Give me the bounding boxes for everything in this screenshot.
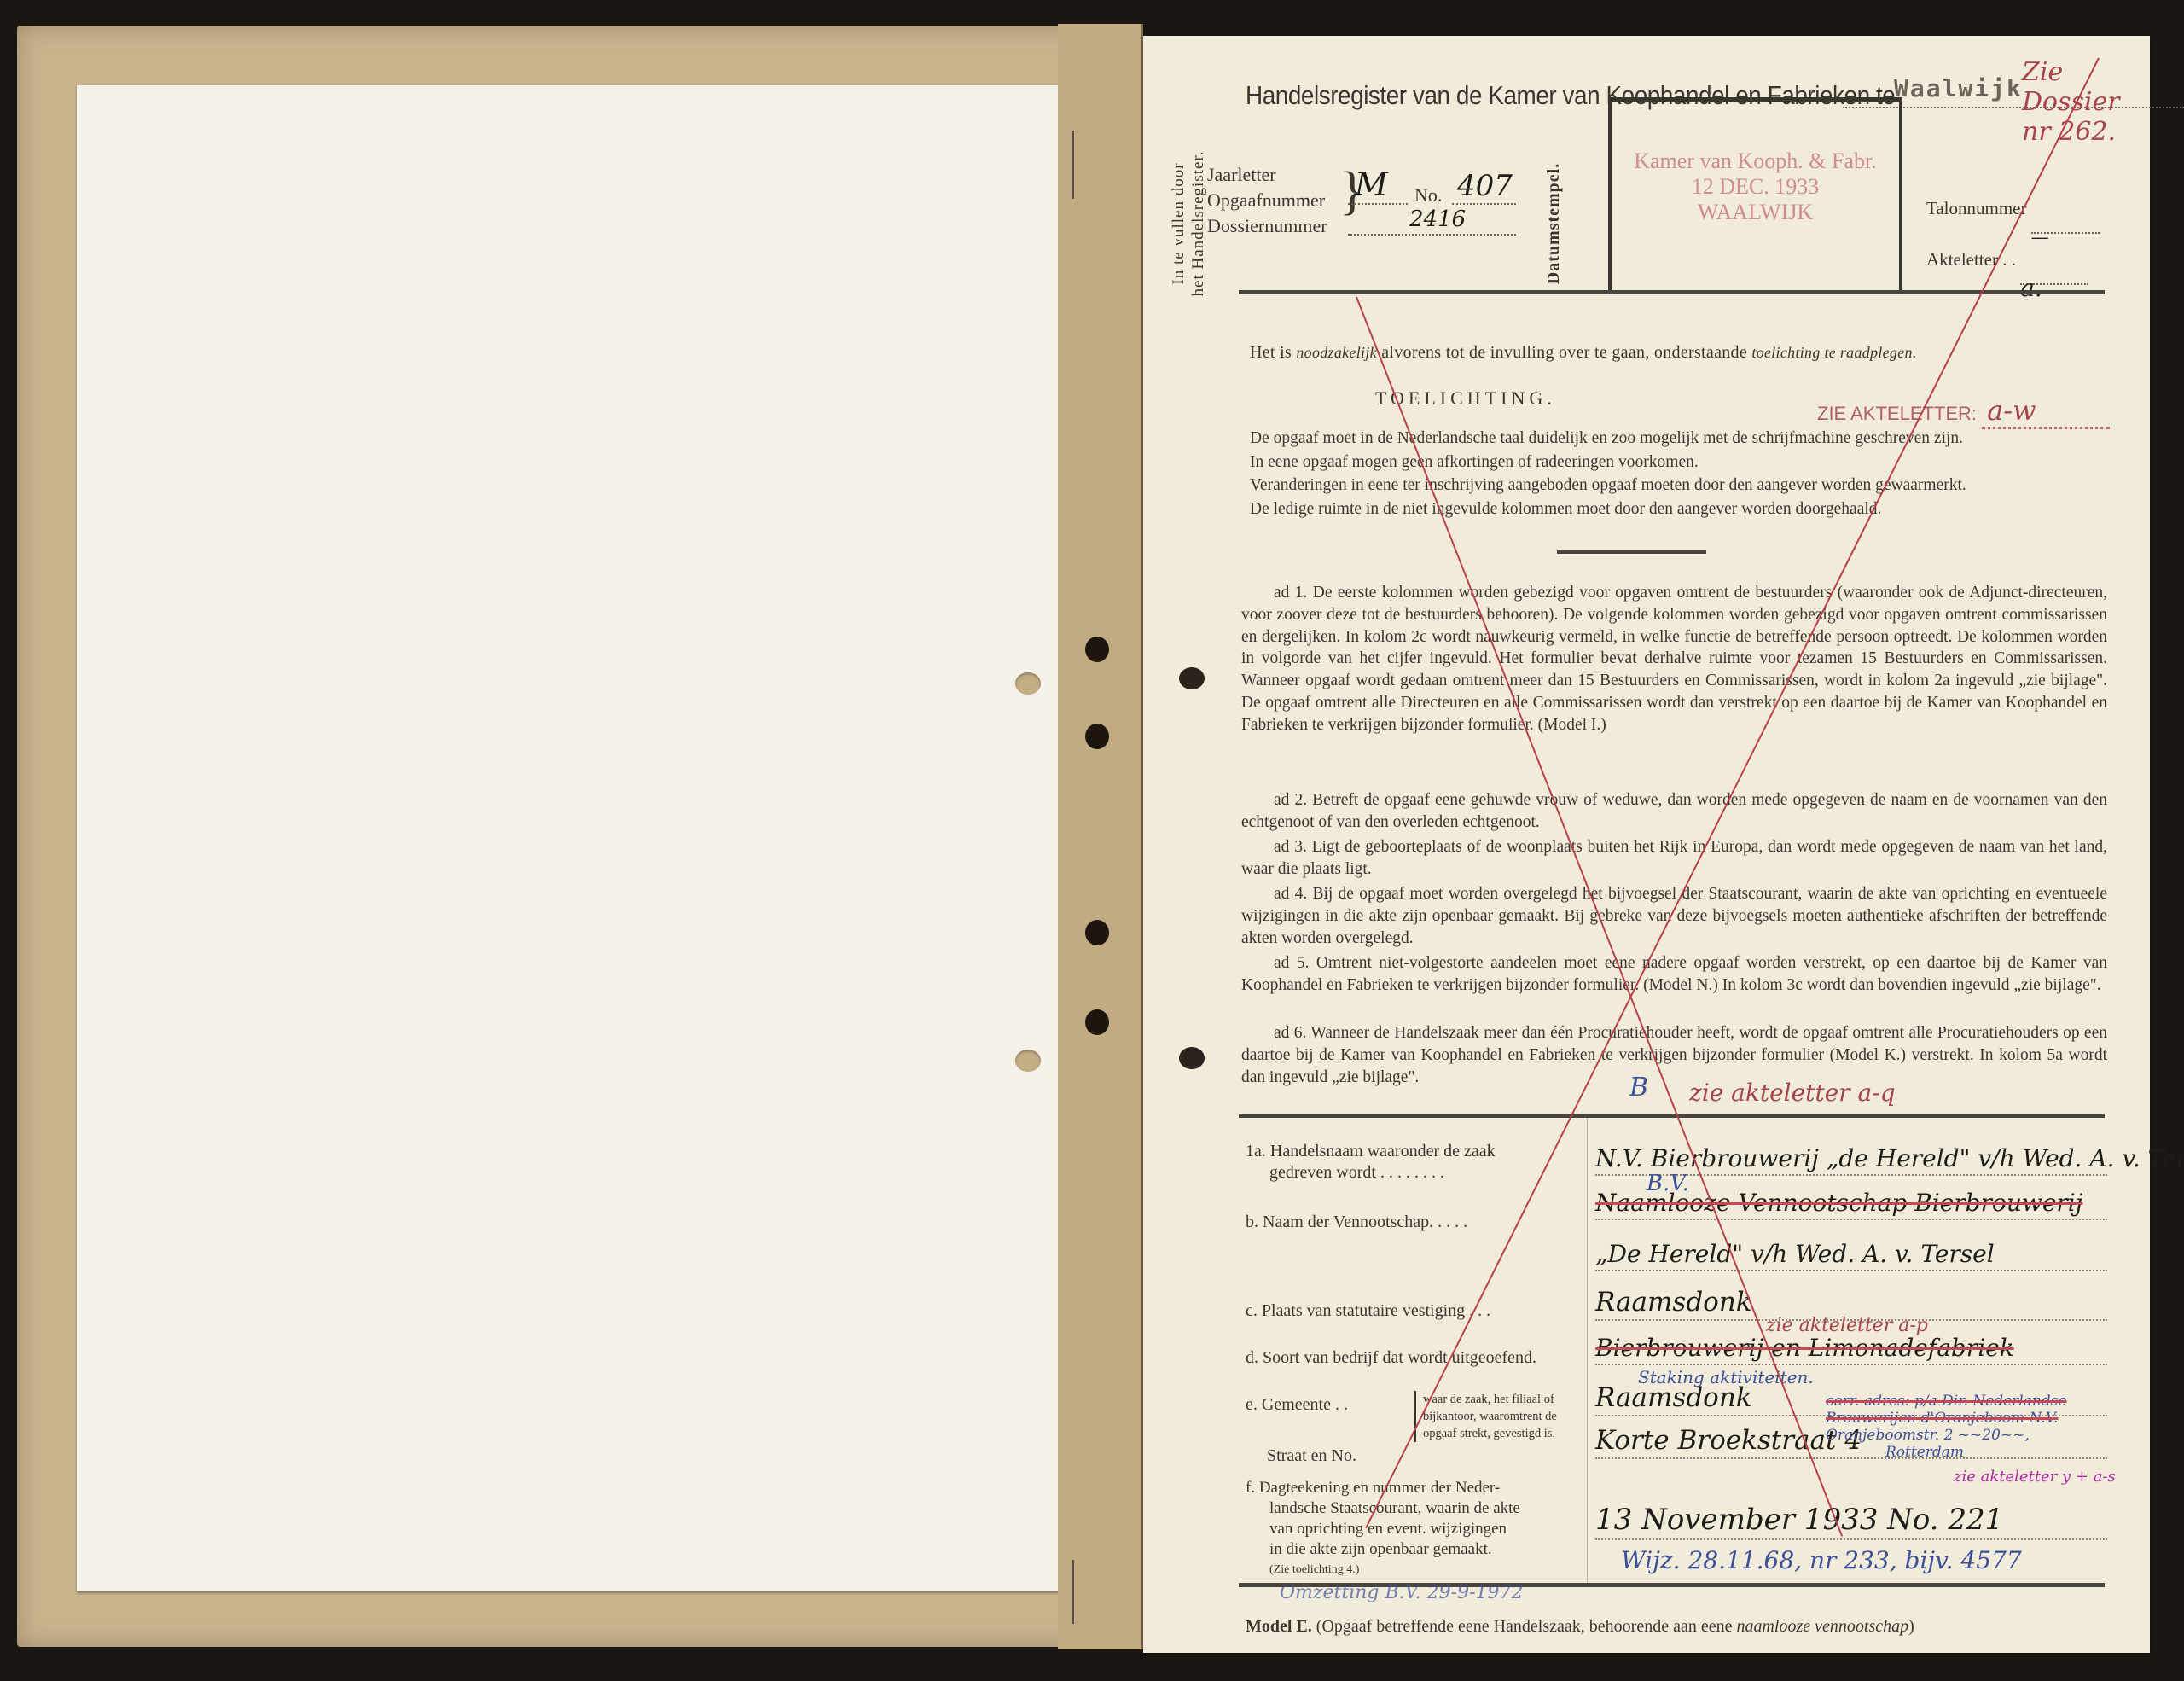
datumstempel-label: Datumstempel. (1544, 130, 1570, 317)
stamp-line1: Kamer van Kooph. & Fabr. (1612, 148, 1899, 174)
row-f-label-line2: landsche Staatscourant, waarin de akte (1246, 1498, 1583, 1519)
row-c-field[interactable]: Raamsdonkzie akteletter a-p (1595, 1280, 2107, 1321)
staple (1072, 131, 1074, 199)
dossiernummer-value: 2416 (1409, 206, 1466, 232)
row-b-value-line1: Naamlooze Vennootschap Bierbrouwerij (1595, 1189, 2082, 1217)
model-description: (Opgaaf betreffende eene Handelszaak, be… (1316, 1617, 1733, 1636)
zie-akteletter-stamp: ZIE AKTELETTER: a-w (1817, 394, 2110, 429)
row-f-field[interactable]: 13 November 1933 No. 221 (1595, 1499, 2107, 1540)
staple (1072, 1560, 1074, 1624)
binder-hole (1085, 1009, 1109, 1035)
row-e-blue-note-line4: Rotterdam (1826, 1444, 2066, 1461)
row-e-blue-note-line1: corr. adres: p/a Dir. Nederlandse (1826, 1393, 2066, 1410)
register-field-labels: Jaarletter Opgaafnummer Dossiernummer (1207, 162, 1327, 239)
dossiernummer-label: Dossiernummer (1207, 213, 1327, 239)
opgaafnummer-label: Opgaafnummer (1207, 188, 1327, 213)
model-description-suffix: ) (1908, 1617, 1914, 1636)
binding-strip (1058, 24, 1143, 1649)
akteletter-value: a. (2020, 274, 2042, 302)
row-f-label: f. Dagteekening en nummer der Neder- lan… (1246, 1478, 1583, 1580)
ad-5-paragraph: ad 5. Omtrent niet-volgestorte aandeelen… (1241, 952, 2107, 997)
vertical-label-line1: In te vullen door (1169, 134, 1188, 313)
row-e-brace-note: waar de zaak, het filiaal of bijkantoor,… (1414, 1391, 1585, 1442)
conversion-note: Omzetting B.V. 29-9-1972 (1280, 1582, 1524, 1603)
row-b-field-line1[interactable]: Naamlooze Vennootschap Bierbrouwerij (1595, 1179, 2107, 1220)
intro-emph1: noodzakelijk (1296, 344, 1377, 361)
row-d-label: d. Soort van bedrijf dat wordt uitgeoefe… (1246, 1347, 1583, 1369)
ad-2-paragraph: ad 2. Betreft de opgaaf eene gehuwde vro… (1241, 789, 2107, 834)
ad-3-paragraph: ad 3. Ligt de geboorteplaats of de woonp… (1241, 836, 2107, 881)
jaarletter-label: Jaarletter (1207, 162, 1327, 188)
toelichting-title: TOELICHTING. (1375, 387, 1556, 410)
jaarletter-value: M (1355, 166, 1388, 203)
row-1a-label-line1: 1a. Handelsnaam waaronder de zaak (1246, 1141, 1583, 1162)
row-c-label: c. Plaats van statutaire vestiging . . . (1246, 1300, 1583, 1322)
date-stamp-box: Kamer van Kooph. & Fabr. 12 DEC. 1933 WA… (1608, 97, 1902, 294)
toelichting-line: In eene opgaaf mogen geen afkortingen of… (1250, 451, 2154, 474)
section-divider (1557, 550, 1706, 554)
akteletter-field[interactable]: a. (2020, 263, 2088, 285)
row-f-label-line5: (Zie toelichting 4.) (1246, 1560, 1583, 1580)
header-rule (1239, 290, 2105, 294)
vertical-label-line2: het Handelsregister. (1188, 134, 1208, 313)
row-1a-blue-note: B (1629, 1073, 1648, 1102)
stamp-place: WAALWIJK (1612, 200, 1899, 225)
binder-hole (1085, 724, 1109, 749)
model-description-emph: naamlooze vennootschap (1736, 1617, 1908, 1636)
intro-middle: alvorens tot de invulling over te gaan, … (1381, 343, 1747, 362)
toelichting-line: De opgaaf moet in de Nederlandsche taal … (1250, 427, 2154, 451)
row-e-blue-note-line3: Oranjeboomstr. 2 ~~20~~, (1826, 1427, 2066, 1444)
row-f-label-line4: in die akte zijn openbaar gemaakt. (1246, 1539, 1583, 1560)
row-b-label: b. Naam der Vennootschap. . . . . (1246, 1212, 1583, 1233)
ad-4-paragraph: ad 4. Bij de opgaaf moet worden overgele… (1241, 883, 2107, 949)
binder-hole (1085, 637, 1109, 662)
punch-hole (1179, 667, 1205, 689)
zie-akteletter-label: ZIE AKTELETTER: (1817, 403, 1977, 424)
row-c-value: Raamsdonk (1595, 1287, 1752, 1317)
zie-akteletter-field: a-w (1982, 394, 2110, 429)
row-f-label-line1: f. Dagteekening en nummer der Neder- (1246, 1478, 1583, 1498)
talonnummer-label: Talonnummer (1926, 198, 2027, 218)
punch-hole (1179, 1047, 1205, 1069)
row-e-gemeente-value: Raamsdonk (1595, 1382, 1752, 1413)
row-f-value: 13 November 1933 No. 221 (1595, 1503, 2003, 1537)
ad-1-paragraph: ad 1. De eerste kolommen worden gebezigd… (1241, 582, 2107, 736)
row-e-blue-note-line2: Brouwerijen d'Oranjeboom N.V. (1826, 1410, 2066, 1427)
row-b-value-line2: „De Hereld" v/h Wed. A. v. Tersel (1595, 1240, 1995, 1268)
binder-hole (1085, 920, 1109, 945)
row-1a-field[interactable]: N.V. Bierbrouwerij „de Hereld" v/h Wed. … (1595, 1135, 2107, 1176)
column-separator (1587, 1118, 1588, 1583)
punch-hole (1015, 1050, 1041, 1072)
talonnummer-field[interactable]: — (2031, 212, 2100, 234)
punch-hole (1015, 672, 1041, 695)
row-1a-label: 1a. Handelsnaam waaronder de zaak gedrev… (1246, 1141, 1583, 1184)
register-vertical-label: In te vullen door het Handelsregister. (1169, 134, 1210, 313)
model-label: Model E. (1246, 1617, 1312, 1636)
blank-sheet (77, 85, 1075, 1591)
folder-cover-left (17, 26, 1135, 1647)
row-e-blue-note: corr. adres: p/a Dir. Nederlandse Brouwe… (1826, 1393, 2066, 1461)
row-1a-red-note: zie akteletter a-q (1689, 1079, 1896, 1107)
row-e-magenta-note: zie akteletter y + a-s (1954, 1468, 2116, 1486)
toelichting-lines: De opgaaf moet in de Nederlandsche taal … (1250, 427, 2154, 521)
ad-6-paragraph: ad 6. Wanneer de Handelszaak meer dan éé… (1241, 1022, 2107, 1088)
place-value: Waalwijk (1894, 74, 2023, 102)
opgaafnummer-field[interactable]: 407 (1452, 179, 1516, 205)
table-top-rule (1239, 1114, 2105, 1118)
row-d-field[interactable]: Bierbrouwerij en Limonadefabriek (1595, 1324, 2107, 1365)
registration-form-model-e: Zie Dossier nr 262. Handelsregister van … (1143, 36, 2150, 1653)
row-1a-value: N.V. Bierbrouwerij „de Hereld" v/h Wed. … (1595, 1144, 2184, 1172)
dossiernummer-field[interactable]: 2416 (1348, 210, 1516, 236)
row-f-label-line3: van oprichting en event. wijzigingen (1246, 1519, 1583, 1539)
intro-prefix: Het is (1250, 343, 1292, 362)
date-stamp: Kamer van Kooph. & Fabr. 12 DEC. 1933 WA… (1612, 148, 1899, 225)
row-f-blue-note: Wijz. 28.11.68, nr 233, bijv. 4577 (1621, 1546, 2022, 1574)
row-b-field-line2[interactable]: „De Hereld" v/h Wed. A. v. Tersel (1595, 1230, 2107, 1271)
toelichting-line: De ledige ruimte in de niet ingevulde ko… (1250, 497, 2154, 521)
toelichting-line: Veranderingen in eene ter inschrijving a… (1250, 474, 2154, 497)
stamp-date: 12 DEC. 1933 (1612, 174, 1899, 200)
opgaafnummer-value: 407 (1457, 169, 1513, 203)
row-d-value: Bierbrouwerij en Limonadefabriek (1595, 1334, 2014, 1362)
zie-akteletter-value: a-w (1987, 394, 2036, 427)
footer-model: Model E. (Opgaaf betreffende eene Handel… (1246, 1617, 1914, 1637)
intro-text: Het is noodzakelijk alvorens tot de invu… (1250, 343, 1917, 363)
no-label: No. (1414, 184, 1442, 206)
row-1a-label-line2: gedreven wordt . . . . . . . . (1246, 1162, 1583, 1184)
right-fields: Talonnummer — Akteletter . . a. (1926, 183, 2100, 285)
row-e-straat-value: Korte Broekstraat 4 (1595, 1425, 1862, 1456)
row-e-straat-label: Straat en No. (1246, 1445, 1604, 1467)
intro-emph2: toelichting te raadplegen. (1751, 344, 1916, 361)
jaarletter-field[interactable]: M (1348, 179, 1408, 205)
